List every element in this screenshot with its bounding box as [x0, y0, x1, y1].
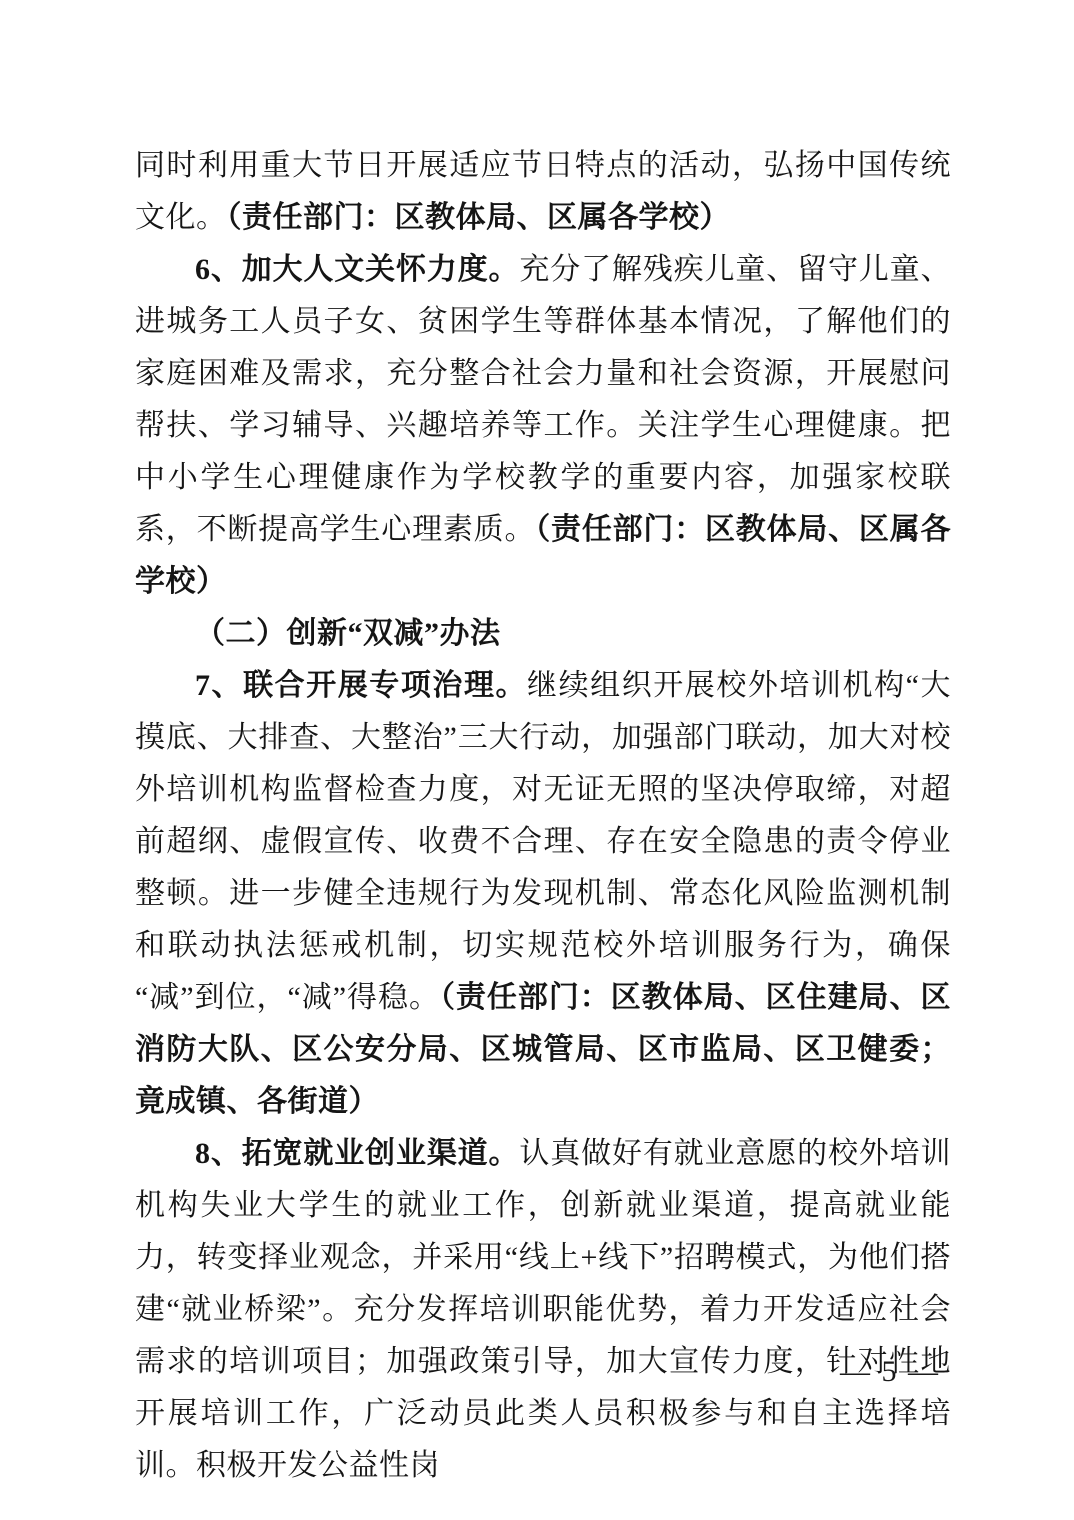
page-number: — 5 — — [840, 1352, 940, 1392]
paragraph-continuation: 同时利用重大节日开展适应节日特点的活动，弘扬中国传统文化。（责任部门：区教体局、… — [135, 140, 951, 244]
section-heading-2: （二）创新“双减”办法 — [135, 608, 951, 660]
body-text: 认真做好有就业意愿的校外培训机构失业大学生的就业工作，创新就业渠道，提高就业能力… — [135, 1137, 951, 1482]
item-8-title: 8、拓宽就业创业渠道。 — [195, 1137, 519, 1170]
body-text: 继续组织开展校外培训机构“大摸底、大排查、大整治”三大行动，加强部门联动，加大对… — [135, 669, 951, 1014]
body-text: 充分了解残疾儿童、留守儿童、进城务工人员子女、贫困学生等群体基本情况，了解他们的… — [135, 253, 951, 546]
section-heading-text: （二）创新“双减”办法 — [195, 617, 501, 650]
paragraph-item-7: 7、联合开展专项治理。继续组织开展校外培训机构“大摸底、大排查、大整治”三大行动… — [135, 660, 951, 1128]
paragraph-item-6: 6、加大人文关怀力度。充分了解残疾儿童、留守儿童、进城务工人员子女、贫困学生等群… — [135, 244, 951, 608]
document-page: 同时利用重大节日开展适应节日特点的活动，弘扬中国传统文化。（责任部门：区教体局、… — [0, 0, 1074, 1520]
paragraph-item-8: 8、拓宽就业创业渠道。认真做好有就业意愿的校外培训机构失业大学生的就业工作，创新… — [135, 1128, 951, 1492]
item-6-title: 6、加大人文关怀力度。 — [195, 253, 519, 286]
item-7-title: 7、联合开展专项治理。 — [195, 669, 527, 702]
document-body: 同时利用重大节日开展适应节日特点的活动，弘扬中国传统文化。（责任部门：区教体局、… — [135, 140, 951, 1492]
responsible-department-text: （责任部门：区教体局、区属各学校） — [227, 201, 731, 234]
